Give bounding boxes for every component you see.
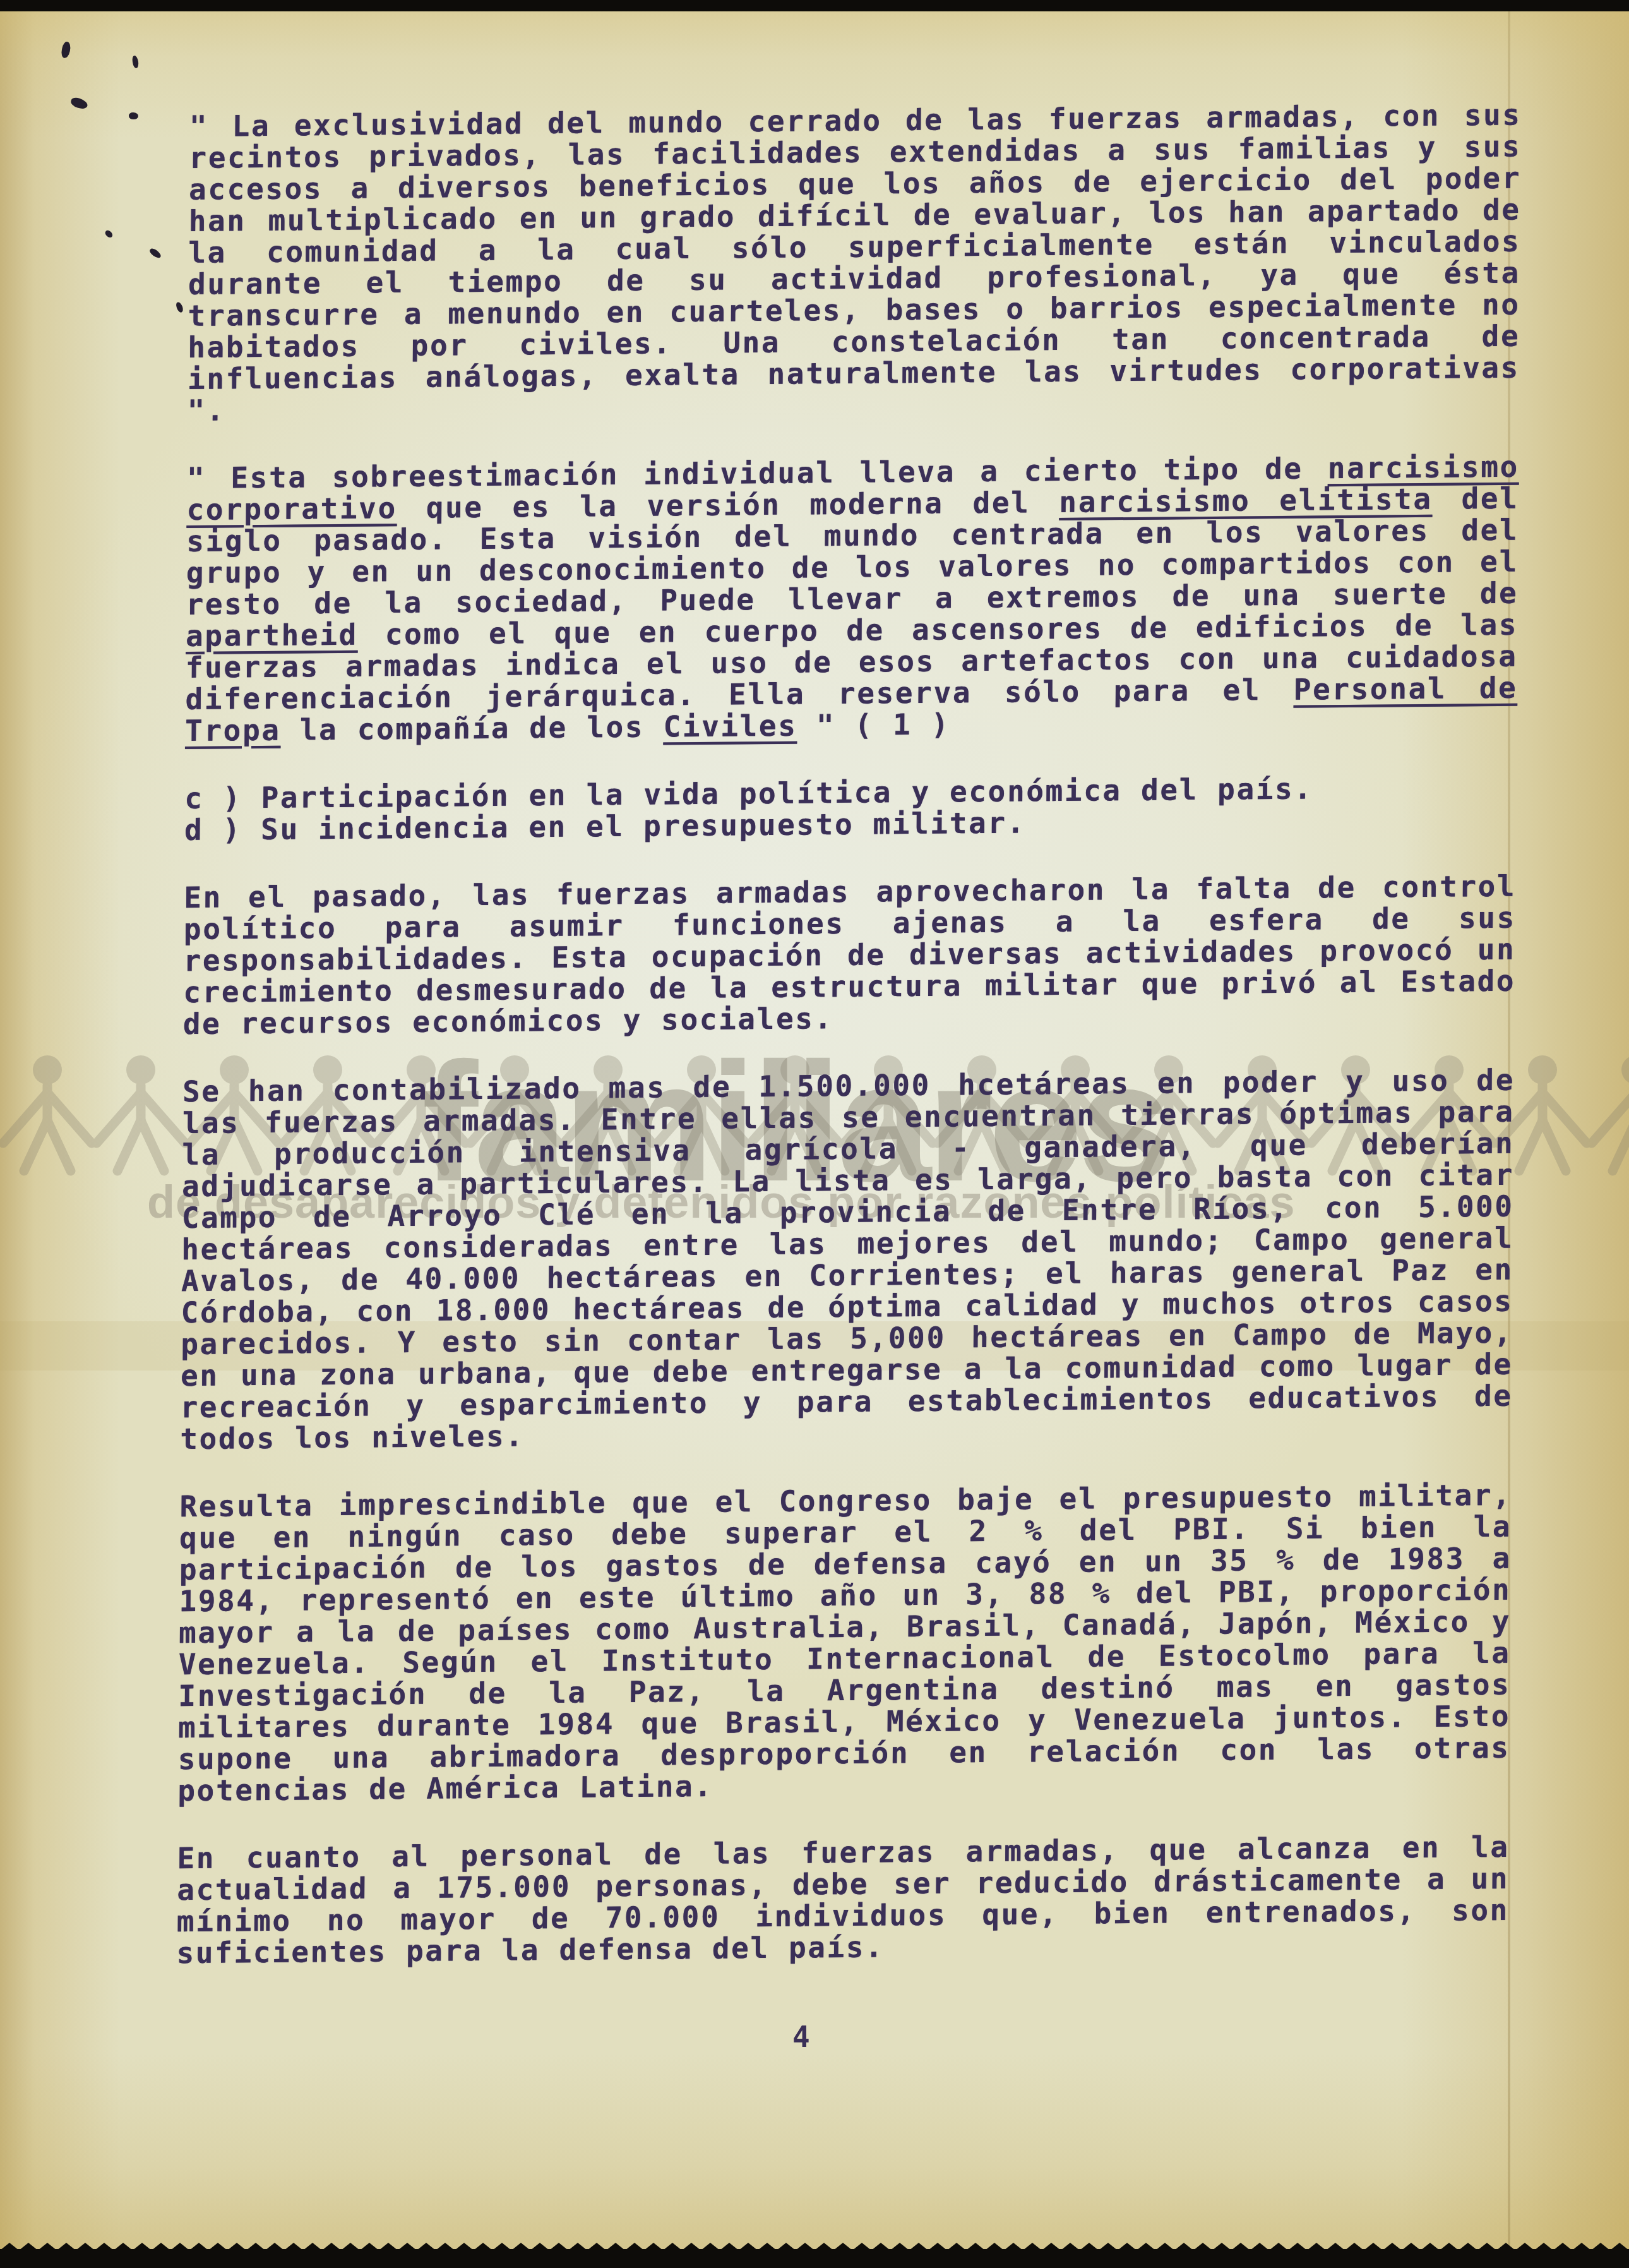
underlined-text: Personal de xyxy=(1294,671,1518,707)
paragraph-parrafo-presupuesto: Resulta imprescindible que el Congreso b… xyxy=(177,1479,1512,1806)
scanned-page: familiares de desaparecidos y detenidos … xyxy=(0,0,1629,2268)
paragraph-list-items: c ) Participación en la vida política y … xyxy=(184,771,1517,846)
underlined-text: Tropa xyxy=(185,713,281,748)
paragraph-parrafo-hectareas: Se han contabilizado mas de 1.500.000 hc… xyxy=(180,1064,1515,1455)
torn-edge-top xyxy=(0,0,1629,28)
underlined-text: narcisismo xyxy=(1328,450,1519,486)
paragraph-parrafo-personal: En cuanto al personal de las fuerzas arm… xyxy=(176,1831,1509,1969)
paragraph-quote-narcisismo: " Esta sobreestimación individual lleva … xyxy=(185,451,1519,747)
underlined-text: apartheid xyxy=(186,618,358,653)
paragraph-quote-exclusividad: " La exclusividad del mundo cerrado de l… xyxy=(188,99,1522,426)
ink-speck xyxy=(129,112,138,119)
underlined-text: corporativo xyxy=(186,491,397,527)
page-number: 4 xyxy=(792,2020,811,2054)
underlined-text: Civiles xyxy=(663,709,797,744)
paragraph-parrafo-pasado: En el pasado, las fuerzas armadas aprove… xyxy=(183,870,1517,1040)
torn-edge-bottom xyxy=(0,2240,1629,2268)
typed-text-block: " La exclusividad del mundo cerrado de l… xyxy=(176,99,1522,2005)
